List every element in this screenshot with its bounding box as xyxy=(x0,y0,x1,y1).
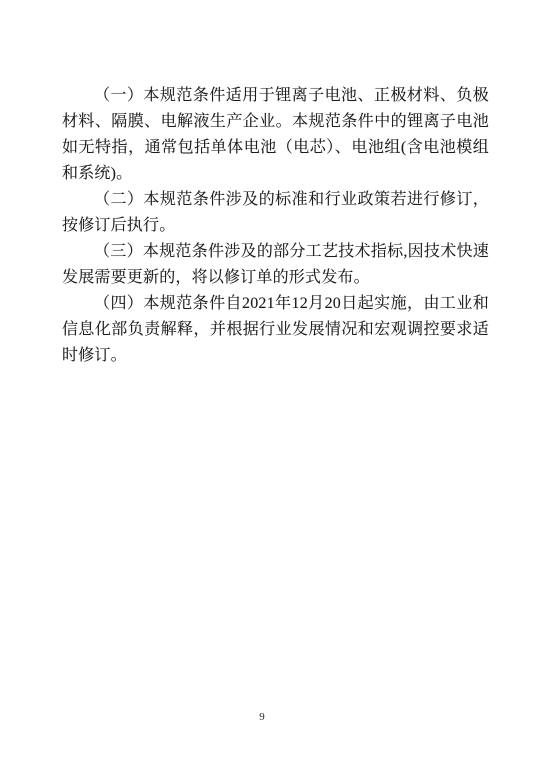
paragraph-3: （三）本规范条件涉及的部分工艺技术指标,因技术快速发展需要更新的，将以修订单的形… xyxy=(62,239,489,291)
document-body: （一）本规范条件适用于锂离子电池、正极材料、负极材料、隔膜、电解液生产企业。本规… xyxy=(62,83,489,369)
document-page: （一）本规范条件适用于锂离子电池、正极材料、负极材料、隔膜、电解液生产企业。本规… xyxy=(0,0,550,777)
page-number: 9 xyxy=(0,711,524,723)
paragraph-4: （四）本规范条件自2021年12月20日起实施，由工业和信息化部负责解释，并根据… xyxy=(62,291,489,369)
paragraph-2: （二）本规范条件涉及的标准和行业政策若进行修订，按修订后执行。 xyxy=(62,187,489,239)
paragraph-1: （一）本规范条件适用于锂离子电池、正极材料、负极材料、隔膜、电解液生产企业。本规… xyxy=(62,83,489,187)
